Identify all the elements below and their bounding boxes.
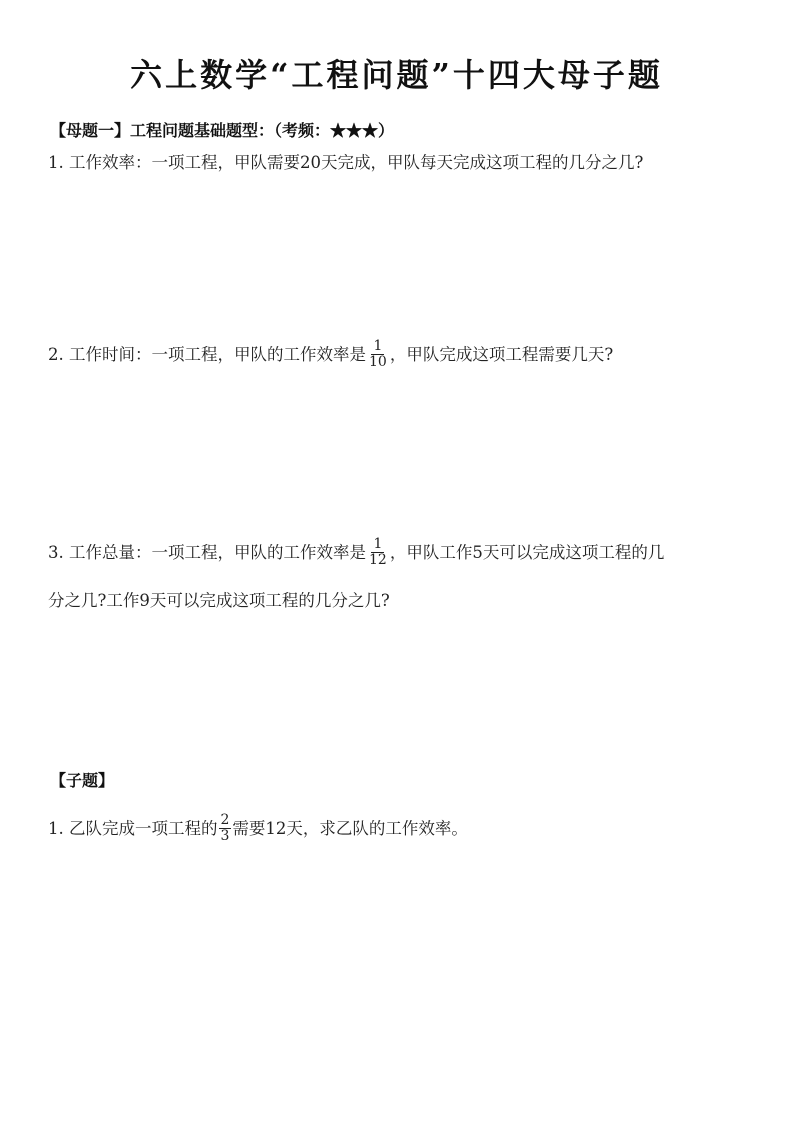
sub-question-1: 1. 乙队完成一项工程的23需要12天，求乙队的工作效率。 bbox=[48, 814, 468, 845]
question-1-work-efficiency: 1. 工作效率：一项工程，甲队需要20天完成，甲队每天完成这项工程的几分之几? bbox=[48, 151, 643, 175]
fraction: 23 bbox=[219, 813, 232, 844]
question-text-after: ，甲队完成这项工程需要几天? bbox=[390, 345, 613, 364]
question-3-line-2: 分之几?工作9天可以完成这项工程的几分之几? bbox=[48, 589, 390, 613]
fraction-numerator: 1 bbox=[371, 339, 384, 355]
fraction-denominator: 12 bbox=[367, 553, 389, 568]
question-text-before: 2. 工作时间：一项工程，甲队的工作效率是 bbox=[48, 345, 366, 364]
question-text: 1. 工作效率：一项工程，甲队需要20天完成，甲队每天完成这项工程的几分之几? bbox=[48, 153, 643, 172]
fraction-numerator: 2 bbox=[219, 813, 232, 829]
fraction-denominator: 3 bbox=[219, 829, 232, 844]
question-2-work-time: 2. 工作时间：一项工程，甲队的工作效率是110，甲队完成这项工程需要几天? bbox=[48, 340, 613, 371]
page-title: 六上数学“工程问题”十四大母子题 bbox=[0, 50, 793, 96]
fraction: 112 bbox=[367, 537, 389, 568]
question-3-total-work: 3. 工作总量：一项工程，甲队的工作效率是112，甲队工作5天可以完成这项工程的… bbox=[48, 538, 664, 569]
question-text-after: ，甲队工作5天可以完成这项工程的几 bbox=[390, 543, 665, 562]
question-text-before: 1. 乙队完成一项工程的 bbox=[48, 819, 218, 838]
section-header-sub-questions: 【子题】 bbox=[50, 768, 114, 791]
fraction: 110 bbox=[367, 339, 389, 370]
question-text-before: 3. 工作总量：一项工程，甲队的工作效率是 bbox=[48, 543, 366, 562]
question-text-after: 需要12天，求乙队的工作效率。 bbox=[232, 819, 468, 838]
section-header-mother-question-1: 【母题一】工程问题基础题型：（考频：★★★） bbox=[50, 118, 394, 141]
fraction-denominator: 10 bbox=[367, 355, 389, 370]
fraction-numerator: 1 bbox=[371, 537, 384, 553]
